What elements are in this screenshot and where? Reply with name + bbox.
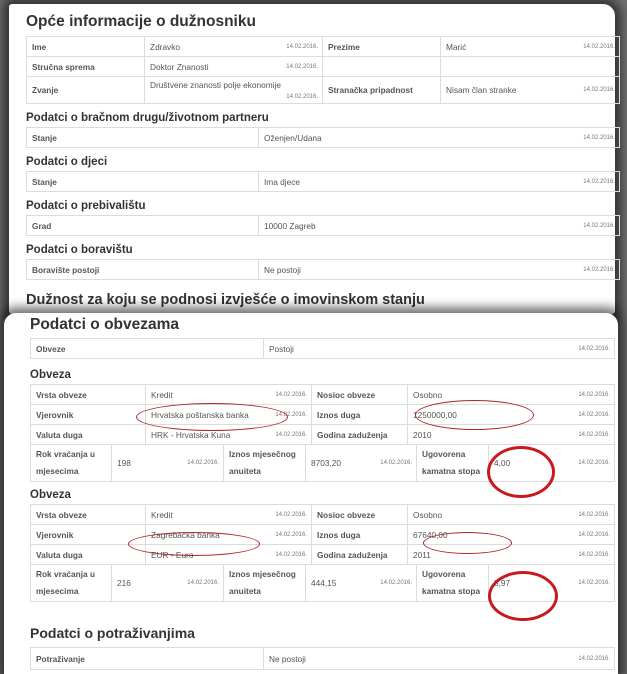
obligation-1-terms-table: Rok vraćanja umjesecima 19814.02.2016. I…	[30, 444, 615, 482]
table-row: Vjerovnik Zagrebačka banka14.02.2016. Iz…	[31, 525, 615, 545]
annuity-cell: 444,1514.02.2016.	[306, 565, 417, 602]
rate-value: 3,97	[494, 578, 510, 588]
table-row: Ime Zdravko14.02.2016. Prezime Marić14.0…	[27, 37, 620, 57]
claims-value: Ne postoji	[269, 654, 306, 664]
type-label: Vrsta obveze	[31, 385, 146, 405]
spouse-status-cell: Oženjen/Udana14.02.2016.	[259, 128, 620, 148]
education-cell: Doktor Znanosti14.02.2016.	[145, 57, 323, 77]
term-label-line1: Rok vraćanja u	[36, 569, 95, 579]
amount-cell: 67640,0014.02.2016.	[408, 525, 615, 545]
party-value: Nisam član stranke	[446, 85, 517, 95]
date: 14.02.2016.	[583, 223, 615, 229]
annuity-label: Iznos mjesečnoganuiteta	[224, 445, 306, 482]
empty-cell	[441, 57, 620, 77]
obligation-2-title: Obveza	[30, 489, 71, 501]
rate-value: 4,00	[494, 458, 510, 468]
currency-cell: EUR - Euro14.02.2016.	[146, 545, 312, 565]
annuity-label: Iznos mjesečnoganuiteta	[224, 565, 306, 602]
type-value: Kredit	[151, 510, 173, 520]
type-value: Kredit	[151, 390, 173, 400]
holder-value: Osobno	[413, 510, 442, 520]
year-value: 2010	[413, 430, 431, 440]
year-label: Godina zaduženja	[312, 545, 408, 565]
date: 14.02.2016.	[583, 44, 615, 50]
term-label: Rok vraćanja umjesecima	[31, 565, 112, 602]
date: 14.02.2016.	[578, 460, 610, 466]
date: 14.02.2016.	[286, 64, 318, 70]
annuity-label-line1: Iznos mjesečnog	[229, 449, 296, 459]
last-name-value: Marić	[446, 42, 466, 52]
residence-title: Podatci o prebivalištu	[26, 200, 146, 212]
date: 14.02.2016.	[578, 432, 610, 438]
term-label-line2: mjesecima	[36, 586, 78, 596]
table-row: Grad 10000 Zagreb14.02.2016.	[27, 216, 620, 236]
term-cell: 21614.02.2016.	[112, 565, 224, 602]
date: 14.02.2016.	[578, 512, 610, 518]
obligation-1-title: Obveza	[30, 369, 71, 381]
party-cell: Nisam član stranke14.02.2016.	[441, 77, 620, 104]
stay-title: Podatci o boravištu	[26, 244, 133, 256]
obligations-summary-table: Obveze Postoji14.02.2016.	[30, 338, 615, 359]
obligations-title: Podatci o obvezama	[30, 316, 179, 334]
creditor-label: Vjerovnik	[31, 525, 146, 545]
obligations-exist-value: Postoji	[269, 344, 294, 354]
date: 14.02.2016.	[578, 392, 610, 398]
obligations-exist-label: Obveze	[31, 339, 264, 359]
rate-label-line1: Ugovorena	[422, 569, 465, 579]
currency-label: Valuta duga	[31, 545, 146, 565]
official-info-table: Ime Zdravko14.02.2016. Prezime Marić14.0…	[26, 36, 620, 104]
amount-label: Iznos duga	[312, 525, 408, 545]
table-row: Stanje Ima djece14.02.2016.	[27, 172, 620, 192]
annuity-label-line2: anuiteta	[229, 466, 261, 476]
table-row: Vjerovnik Hrvatska poštanska banka14.02.…	[31, 405, 615, 425]
date: 14.02.2016.	[187, 580, 219, 586]
date: 14.02.2016.	[583, 135, 615, 141]
amount-cell: 1250000,0014.02.2016.	[408, 405, 615, 425]
rate-cell: 3,9714.02.2016.	[489, 565, 615, 602]
rate-label-line2: kamatna stopa	[422, 586, 480, 596]
term-value: 216	[117, 578, 131, 588]
education-value: Doktor Znanosti	[150, 62, 209, 72]
first-name-label: Ime	[27, 37, 145, 57]
date: 14.02.2016.	[286, 44, 318, 50]
children-status-cell: Ima djece14.02.2016.	[259, 172, 620, 192]
rate-label: Ugovorenakamatna stopa	[417, 565, 489, 602]
date: 14.02.2016.	[578, 580, 610, 586]
spouse-status-value: Oženjen/Udana	[264, 133, 322, 143]
creditor-value: Hrvatska poštanska banka	[151, 410, 249, 420]
year-cell: 201114.02.2016.	[408, 545, 615, 565]
term-label: Rok vraćanja umjesecima	[31, 445, 112, 482]
title-label: Zvanje	[27, 77, 145, 104]
date: 14.02.2016.	[578, 552, 610, 558]
annuity-cell: 8703,2014.02.2016.	[306, 445, 417, 482]
children-status-value: Ima djece	[264, 177, 300, 187]
obligation-1-table: Vrsta obveze Kredit14.02.2016. Nosioc ob…	[30, 384, 615, 445]
date: 14.02.2016.	[275, 412, 307, 418]
date: 14.02.2016.	[187, 460, 219, 466]
date: 14.02.2016.	[583, 179, 615, 185]
year-label: Godina zaduženja	[312, 425, 408, 445]
residence-table: Grad 10000 Zagreb14.02.2016.	[26, 215, 620, 236]
children-title: Podatci o djeci	[26, 156, 107, 168]
annuity-value: 444,15	[311, 578, 336, 588]
amount-value: 67640,00	[413, 530, 448, 540]
obligations-panel: Podatci o obvezama Obveze Postoji14.02.2…	[4, 313, 618, 674]
date: 14.02.2016.	[380, 580, 412, 586]
claims-title: Podatci o potraživanjima	[30, 625, 195, 641]
empty-label	[323, 57, 441, 77]
creditor-label: Vjerovnik	[31, 405, 146, 425]
last-name-cell: Marić14.02.2016.	[441, 37, 620, 57]
creditor-value: Zagrebačka banka	[151, 530, 220, 540]
obligation-2-terms-table: Rok vraćanja umjesecima 21614.02.2016. I…	[30, 564, 615, 602]
annuity-label-line2: anuiteta	[229, 586, 261, 596]
holder-value: Osobno	[413, 390, 442, 400]
creditor-cell: Zagrebačka banka14.02.2016.	[146, 525, 312, 545]
city-cell: 10000 Zagreb14.02.2016.	[259, 216, 620, 236]
table-row: Rok vraćanja umjesecima 21614.02.2016. I…	[31, 565, 615, 602]
stay-table: Boravište postoji Ne postoji14.02.2016.	[26, 259, 620, 280]
duty-title: Dužnost za koju se podnosi izvješće o im…	[26, 292, 425, 308]
table-row: Stanje Oženjen/Udana14.02.2016.	[27, 128, 620, 148]
date: 14.02.2016.	[275, 432, 307, 438]
city-value: 10000 Zagreb	[264, 221, 316, 231]
table-row: Stručna sprema Doktor Znanosti14.02.2016…	[27, 57, 620, 77]
currency-label: Valuta duga	[31, 425, 146, 445]
currency-value: HRK - Hrvatska Kuna	[151, 430, 230, 440]
rate-label-line2: kamatna stopa	[422, 466, 480, 476]
table-row: Vrsta obveze Kredit14.02.2016. Nosioc ob…	[31, 385, 615, 405]
table-row: Vrsta obveze Kredit14.02.2016. Nosioc ob…	[31, 505, 615, 525]
date: 14.02.2016.	[275, 532, 307, 538]
claims-table: Potraživanje Ne postoji14.02.2016.	[30, 647, 615, 670]
date: 14.02.2016.	[275, 392, 307, 398]
holder-cell: Osobno14.02.2016.	[408, 385, 615, 405]
date: 14.02.2016.	[380, 460, 412, 466]
date: 14.02.2016.	[578, 532, 610, 538]
title-value: Društvene znanosti polje ekonomije	[150, 80, 281, 90]
date: 14.02.2016.	[583, 87, 615, 93]
annuity-label-line1: Iznos mjesečnog	[229, 569, 296, 579]
currency-value: EUR - Euro	[151, 550, 193, 560]
year-cell: 201014.02.2016.	[408, 425, 615, 445]
city-label: Grad	[27, 216, 259, 236]
stay-exists-value: Ne postoji	[264, 265, 301, 275]
table-row: Valuta duga EUR - Euro14.02.2016. Godina…	[31, 545, 615, 565]
date: 14.02.2016.	[583, 267, 615, 273]
stay-exists-cell: Ne postoji14.02.2016.	[259, 260, 620, 280]
date: 14.02.2016.	[286, 94, 318, 100]
date: 14.02.2016.	[275, 552, 307, 558]
date: 14.02.2016.	[578, 656, 610, 662]
date: 14.02.2016.	[275, 512, 307, 518]
annuity-value: 8703,20	[311, 458, 341, 468]
amount-label: Iznos duga	[312, 405, 408, 425]
first-name-value: Zdravko	[150, 42, 180, 52]
party-label: Stranačka pripadnost	[323, 77, 441, 104]
holder-cell: Osobno14.02.2016.	[408, 505, 615, 525]
type-cell: Kredit14.02.2016.	[146, 505, 312, 525]
amount-value: 1250000,00	[413, 410, 457, 420]
obligations-exist-cell: Postoji14.02.2016.	[264, 339, 615, 359]
date: 14.02.2016.	[578, 346, 610, 352]
currency-cell: HRK - Hrvatska Kuna14.02.2016.	[146, 425, 312, 445]
holder-label: Nosioc obveze	[312, 505, 408, 525]
claims-cell: Ne postoji14.02.2016.	[264, 648, 615, 670]
official-info-panel: Opće informacije o dužnosniku Ime Zdravk…	[9, 4, 615, 314]
stay-exists-label: Boravište postoji	[27, 260, 259, 280]
creditor-cell: Hrvatska poštanska banka14.02.2016.	[146, 405, 312, 425]
rate-label-line1: Ugovorena	[422, 449, 465, 459]
last-name-label: Prezime	[323, 37, 441, 57]
year-value: 2011	[413, 550, 431, 560]
type-cell: Kredit14.02.2016.	[146, 385, 312, 405]
table-row: Boravište postoji Ne postoji14.02.2016.	[27, 260, 620, 280]
rate-cell: 4,0014.02.2016.	[489, 445, 615, 482]
claims-label: Potraživanje	[31, 648, 264, 670]
holder-label: Nosioc obveze	[312, 385, 408, 405]
education-label: Stručna sprema	[27, 57, 145, 77]
table-row: Zvanje Društvene znanosti polje ekonomij…	[27, 77, 620, 104]
spouse-title: Podatci o bračnom drugu/životnom partner…	[26, 112, 269, 124]
children-table: Stanje Ima djece14.02.2016.	[26, 171, 620, 192]
table-row: Obveze Postoji14.02.2016.	[31, 339, 615, 359]
term-cell: 19814.02.2016.	[112, 445, 224, 482]
title-cell: Društvene znanosti polje ekonomije14.02.…	[145, 77, 323, 104]
date: 14.02.2016.	[578, 412, 610, 418]
rate-label: Ugovorenakamatna stopa	[417, 445, 489, 482]
spouse-status-label: Stanje	[27, 128, 259, 148]
table-row: Valuta duga HRK - Hrvatska Kuna14.02.201…	[31, 425, 615, 445]
obligation-2-table: Vrsta obveze Kredit14.02.2016. Nosioc ob…	[30, 504, 615, 565]
table-row: Potraživanje Ne postoji14.02.2016.	[31, 648, 615, 670]
children-status-label: Stanje	[27, 172, 259, 192]
table-row: Rok vraćanja umjesecima 19814.02.2016. I…	[31, 445, 615, 482]
first-name-cell: Zdravko14.02.2016.	[145, 37, 323, 57]
term-value: 198	[117, 458, 131, 468]
type-label: Vrsta obveze	[31, 505, 146, 525]
term-label-line1: Rok vraćanja u	[36, 449, 95, 459]
official-info-title: Opće informacije o dužnosniku	[26, 13, 256, 31]
spouse-table: Stanje Oženjen/Udana14.02.2016.	[26, 127, 620, 148]
term-label-line2: mjesecima	[36, 466, 78, 476]
